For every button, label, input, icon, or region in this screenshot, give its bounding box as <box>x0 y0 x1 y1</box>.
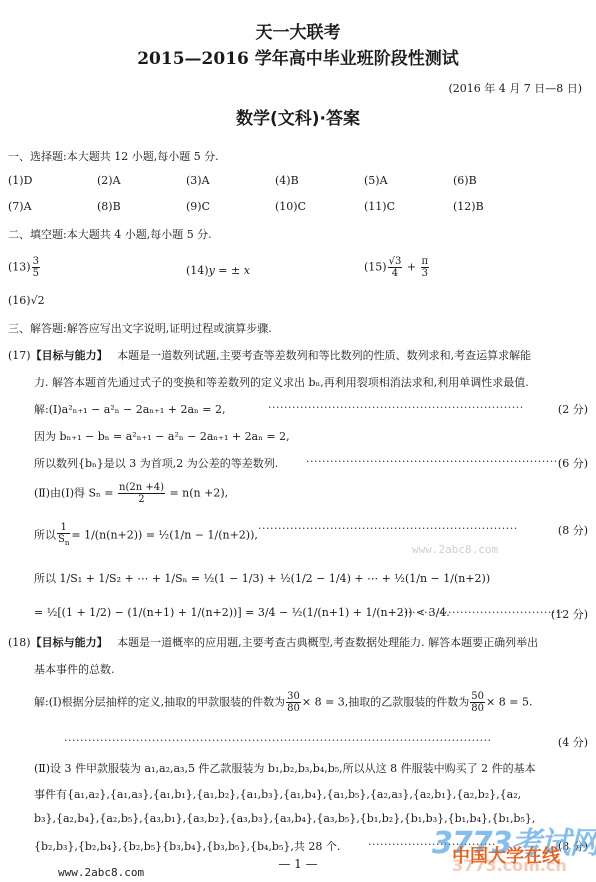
score-label: (2 分) <box>558 401 588 417</box>
score-label: (12 分) <box>551 606 588 622</box>
exam-title: 2015—2016 学年高中毕业班阶段性测试 <box>0 44 596 69</box>
answer-item: (12)B <box>453 200 484 213</box>
leader-dots: ········································… <box>400 606 564 619</box>
fraction: 3080 <box>286 691 301 714</box>
q17-solution-line: (Ⅱ)由(Ⅰ)得 Sₙ = n(2n +4)2 = n(n +2), <box>34 482 228 505</box>
score-label: (8 分) <box>558 522 588 538</box>
score-label: (4 分) <box>558 734 588 750</box>
answer-item: (9)C <box>186 200 210 213</box>
q18-solution-line: 解:(Ⅰ)根据分层抽样的定义,抽取的甲款服装的件数为3080× 8 = 3,抽取… <box>34 691 532 714</box>
answer-item: (1)D <box>8 174 32 187</box>
q18-header: (18)【目标与能力】 本题是一道概率的应用题,主要考查古典概型,考查数据处理能… <box>8 634 538 650</box>
exam-date: (2016 年 4 月 7 日—8 日) <box>448 80 582 96</box>
answer-item: (6)B <box>453 174 477 187</box>
faint-watermark: www.2abc8.com <box>412 543 498 556</box>
q18-desc: 基本事件的总数. <box>34 661 115 677</box>
section3-heading: 三、解答题:解答应写出文字说明,证明过程或演算步骤. <box>8 320 272 336</box>
objective-tag: 【目标与能力】 <box>31 349 108 362</box>
section1-heading: 一、选择题:本大题共 12 小题,每小题 5 分. <box>8 148 219 164</box>
section2-heading: 二、填空题:本大题共 4 小题,每小题 5 分. <box>8 226 212 242</box>
q17-desc: 力. 解答本题首先通过式子的变换和等差数列的定义求出 bₙ,再利用裂项相消法求和… <box>34 374 529 390</box>
subject-title: 数学(文科)·答案 <box>0 104 596 129</box>
logo-china-university-online: 中国大学在线 <box>452 842 560 868</box>
answer-item: (4)B <box>275 174 299 187</box>
fraction: √34 <box>388 256 403 279</box>
answer-item: (11)C <box>364 200 395 213</box>
q17-solution-line: 因为 bₙ₊₁ − bₙ = a²ₙ₊₁ − a²ₙ − 2aₙ₊₁ + 2aₙ… <box>34 428 290 444</box>
fill-answer-16: (16)√2 <box>8 294 45 307</box>
objective-tag: 【目标与能力】 <box>31 636 108 649</box>
fraction: n(2n +4)2 <box>118 482 165 505</box>
q17-solution-line: 所以1Sn= 1/(n(n+2)) = ½(1/n − 1/(n+2)), <box>34 522 258 549</box>
q17-header: (17)【目标与能力】 本题是一道数列试题,主要考查等差数列和等比数列的性质、数… <box>8 347 531 363</box>
q17-solution-line: 所以数列{bₙ}是以 3 为首项,2 为公差的等差数列. <box>34 455 278 471</box>
fraction: 1Sn <box>57 522 70 549</box>
leader-dots: ········································… <box>268 401 524 414</box>
answer-item: (2)A <box>97 174 121 187</box>
answer-item: (8)B <box>97 200 121 213</box>
fraction: 35 <box>32 256 40 279</box>
fraction: 5080 <box>470 691 485 714</box>
answer-item: (3)A <box>186 174 210 187</box>
q18-solution-line: {b₂,b₃},{b₂,b₄},{b₂,b₅}{b₃,b₄},{b₃,b₅},{… <box>34 838 340 854</box>
fill-answer-13: (13)35 <box>8 256 41 279</box>
q18-solution-line: (Ⅱ)设 3 件甲款服装为 a₁,a₂,a₃,5 件乙款服装为 b₁,b₂,b₃… <box>34 760 536 776</box>
fill-answer-14: (14)y = ± x <box>186 264 250 277</box>
fraction: π3 <box>421 256 430 279</box>
leader-dots: ········································… <box>306 455 566 468</box>
answer-item: (5)A <box>364 174 388 187</box>
score-label: (6 分) <box>558 455 588 471</box>
org-title: 天一大联考 <box>0 18 596 43</box>
site-watermark-link[interactable]: www.2abc8.com <box>58 866 144 879</box>
q17-solution-line: 所以 1/S₁ + 1/S₂ + ⋯ + 1/Sₙ = ½(1 − 1/3) +… <box>34 570 490 586</box>
leader-dots: ········································… <box>64 734 492 747</box>
answer-item: (10)C <box>275 200 306 213</box>
leader-dots: ········································… <box>258 522 518 535</box>
answer-item: (7)A <box>8 200 32 213</box>
q17-solution-line: 解:(Ⅰ)a²ₙ₊₁ − a²ₙ − 2aₙ₊₁ + 2aₙ = 2, <box>34 401 226 417</box>
q18-solution-line: 事件有{a₁,a₂},{a₁,a₃},{a₁,b₁},{a₁,b₂},{a₁,b… <box>34 786 521 802</box>
fill-answer-15: (15)√34 + π3 <box>364 256 430 279</box>
q17-solution-line: = ½[(1 + 1/2) − (1/(n+1) + 1/(n+2))] = 3… <box>34 606 450 619</box>
